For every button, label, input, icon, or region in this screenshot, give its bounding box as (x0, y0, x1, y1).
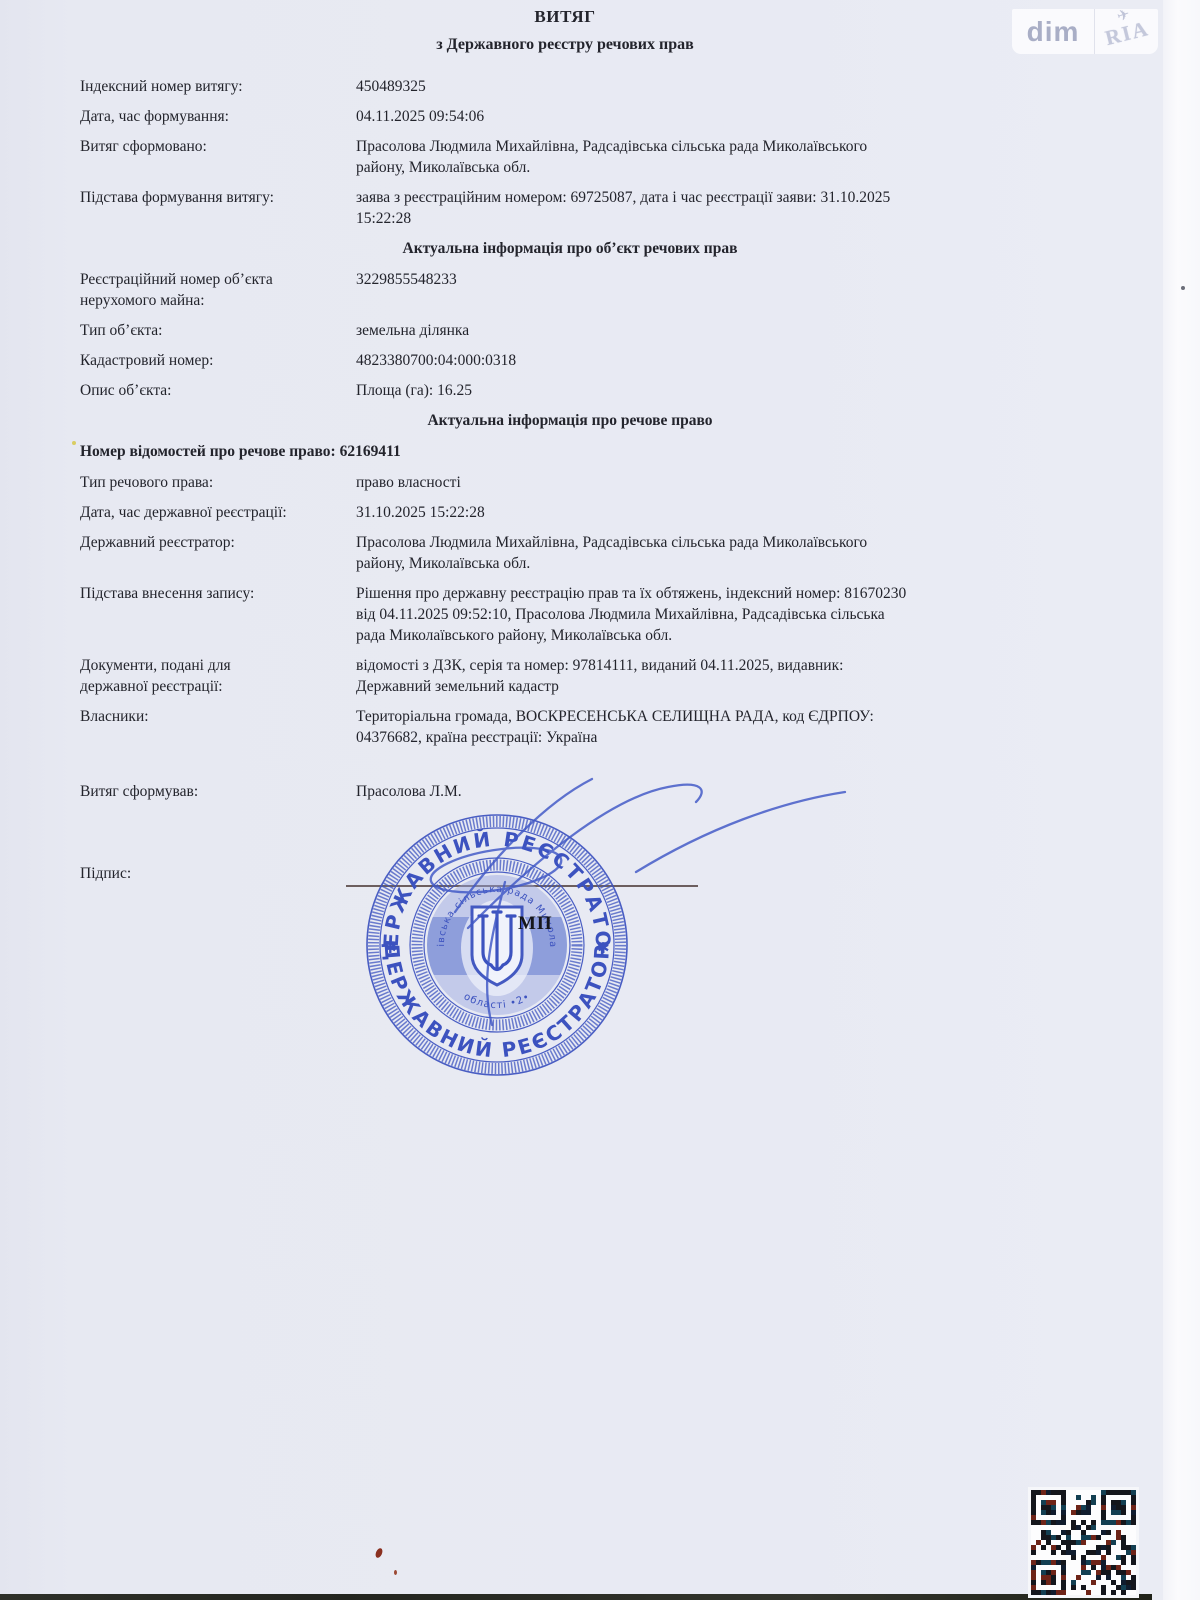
field-row-formation-basis: Підстава формування витягу: заява з реєс… (0, 187, 1140, 229)
field-label: Дата, час державної реєстрації: (80, 502, 356, 523)
qr-code (1028, 1487, 1139, 1598)
field-row-record-basis: Підстава внесення запису: Рішення про де… (0, 583, 1140, 646)
field-label: Тип об’єкта: (80, 320, 356, 341)
scan-bottom-edge (0, 1594, 1152, 1600)
field-label: Державний реєстратор: (80, 532, 356, 574)
record-number-line: Номер відомостей про речове право: 62169… (0, 441, 1140, 462)
field-value: 31.10.2025 15:22:28 (356, 502, 1046, 523)
field-row-right-type: Тип речового права: право власності (0, 472, 1140, 493)
scan-artifact-speck (72, 441, 76, 445)
field-row-cadastral-number: Кадастровий номер: 4823380700:04:000:031… (0, 350, 1140, 371)
field-value: 450489325 (356, 76, 1046, 97)
formed-by-label: Витяг сформував: (80, 781, 198, 802)
field-row-submitted-documents: Документи, подані для державної реєстрац… (0, 655, 1140, 697)
field-value: Прасолова Людмила Михайлівна, Радсадівсь… (356, 532, 1046, 574)
field-value: 04.11.2025 09:54:06 (356, 106, 1046, 127)
field-value: 3229855548233 (356, 269, 1046, 311)
field-label: Тип речового права: (80, 472, 356, 493)
field-label: Підстава внесення запису: (80, 583, 356, 646)
signature-label: Підпис: (80, 863, 131, 884)
scan-artifact-speck (374, 1547, 384, 1559)
field-label: Індексний номер витягу: (80, 76, 356, 97)
field-value: земельна ділянка (356, 320, 1046, 341)
field-label: Дата, час формування: (80, 106, 356, 127)
field-value: Прасолова Людмила Михайлівна, Радсадівсь… (356, 136, 1046, 178)
field-value: право власності (356, 472, 1046, 493)
field-value: 4823380700:04:000:0318 (356, 350, 1046, 371)
field-label: Опис об’єкта: (80, 380, 356, 401)
field-row-index-number: Індексний номер витягу: 450489325 (0, 76, 1140, 97)
field-value: Площа (га): 16.25 (356, 380, 1046, 401)
scanned-document-page: dim ✈ RIA ВИТЯГ з Державного реєстру реч… (0, 0, 1200, 1600)
field-row-object-description: Опис об’єкта: Площа (га): 16.25 (0, 380, 1140, 401)
document-body: Індексний номер витягу: 450489325 Дата, … (0, 76, 1140, 757)
field-value: Рішення про державну реєстрацію прав та … (356, 583, 1046, 646)
scan-artifact-speck (394, 1570, 397, 1575)
field-value: заява з реєстраційним номером: 69725087,… (356, 187, 1046, 229)
page-title: ВИТЯГ (0, 7, 1130, 27)
page-subtitle: з Державного реєстру речових прав (0, 36, 1130, 54)
field-row-state-registrar: Державний реєстратор: Прасолова Людмила … (0, 532, 1140, 574)
field-label: Витяг сформовано: (80, 136, 356, 178)
scan-page-edge (1163, 0, 1200, 1600)
field-row-formation-date: Дата, час формування: 04.11.2025 09:54:0… (0, 106, 1140, 127)
field-row-state-registration-date: Дата, час державної реєстрації: 31.10.20… (0, 502, 1140, 523)
field-row-object-type: Тип об’єкта: земельна ділянка (0, 320, 1140, 341)
field-row-formed-by: Витяг сформовано: Прасолова Людмила Миха… (0, 136, 1140, 178)
seal-place-mark: МП (518, 913, 553, 935)
handwritten-signature (300, 740, 900, 1100)
section-heading-property-right: Актуальна інформація про речове право (0, 410, 1140, 431)
scan-artifact-speck (1181, 286, 1185, 290)
field-label: Реєстраційний номер об’єкта нерухомого м… (80, 269, 356, 311)
field-label: Кадастровий номер: (80, 350, 356, 371)
field-row-registration-number: Реєстраційний номер об’єкта нерухомого м… (0, 269, 1140, 311)
section-heading-object-info: Актуальна інформація про об’єкт речових … (0, 238, 1140, 259)
field-label: Підстава формування витягу: (80, 187, 356, 229)
field-value: відомості з ДЗК, серія та номер: 9781411… (356, 655, 1046, 697)
field-label: Документи, подані для державної реєстрац… (80, 655, 356, 697)
